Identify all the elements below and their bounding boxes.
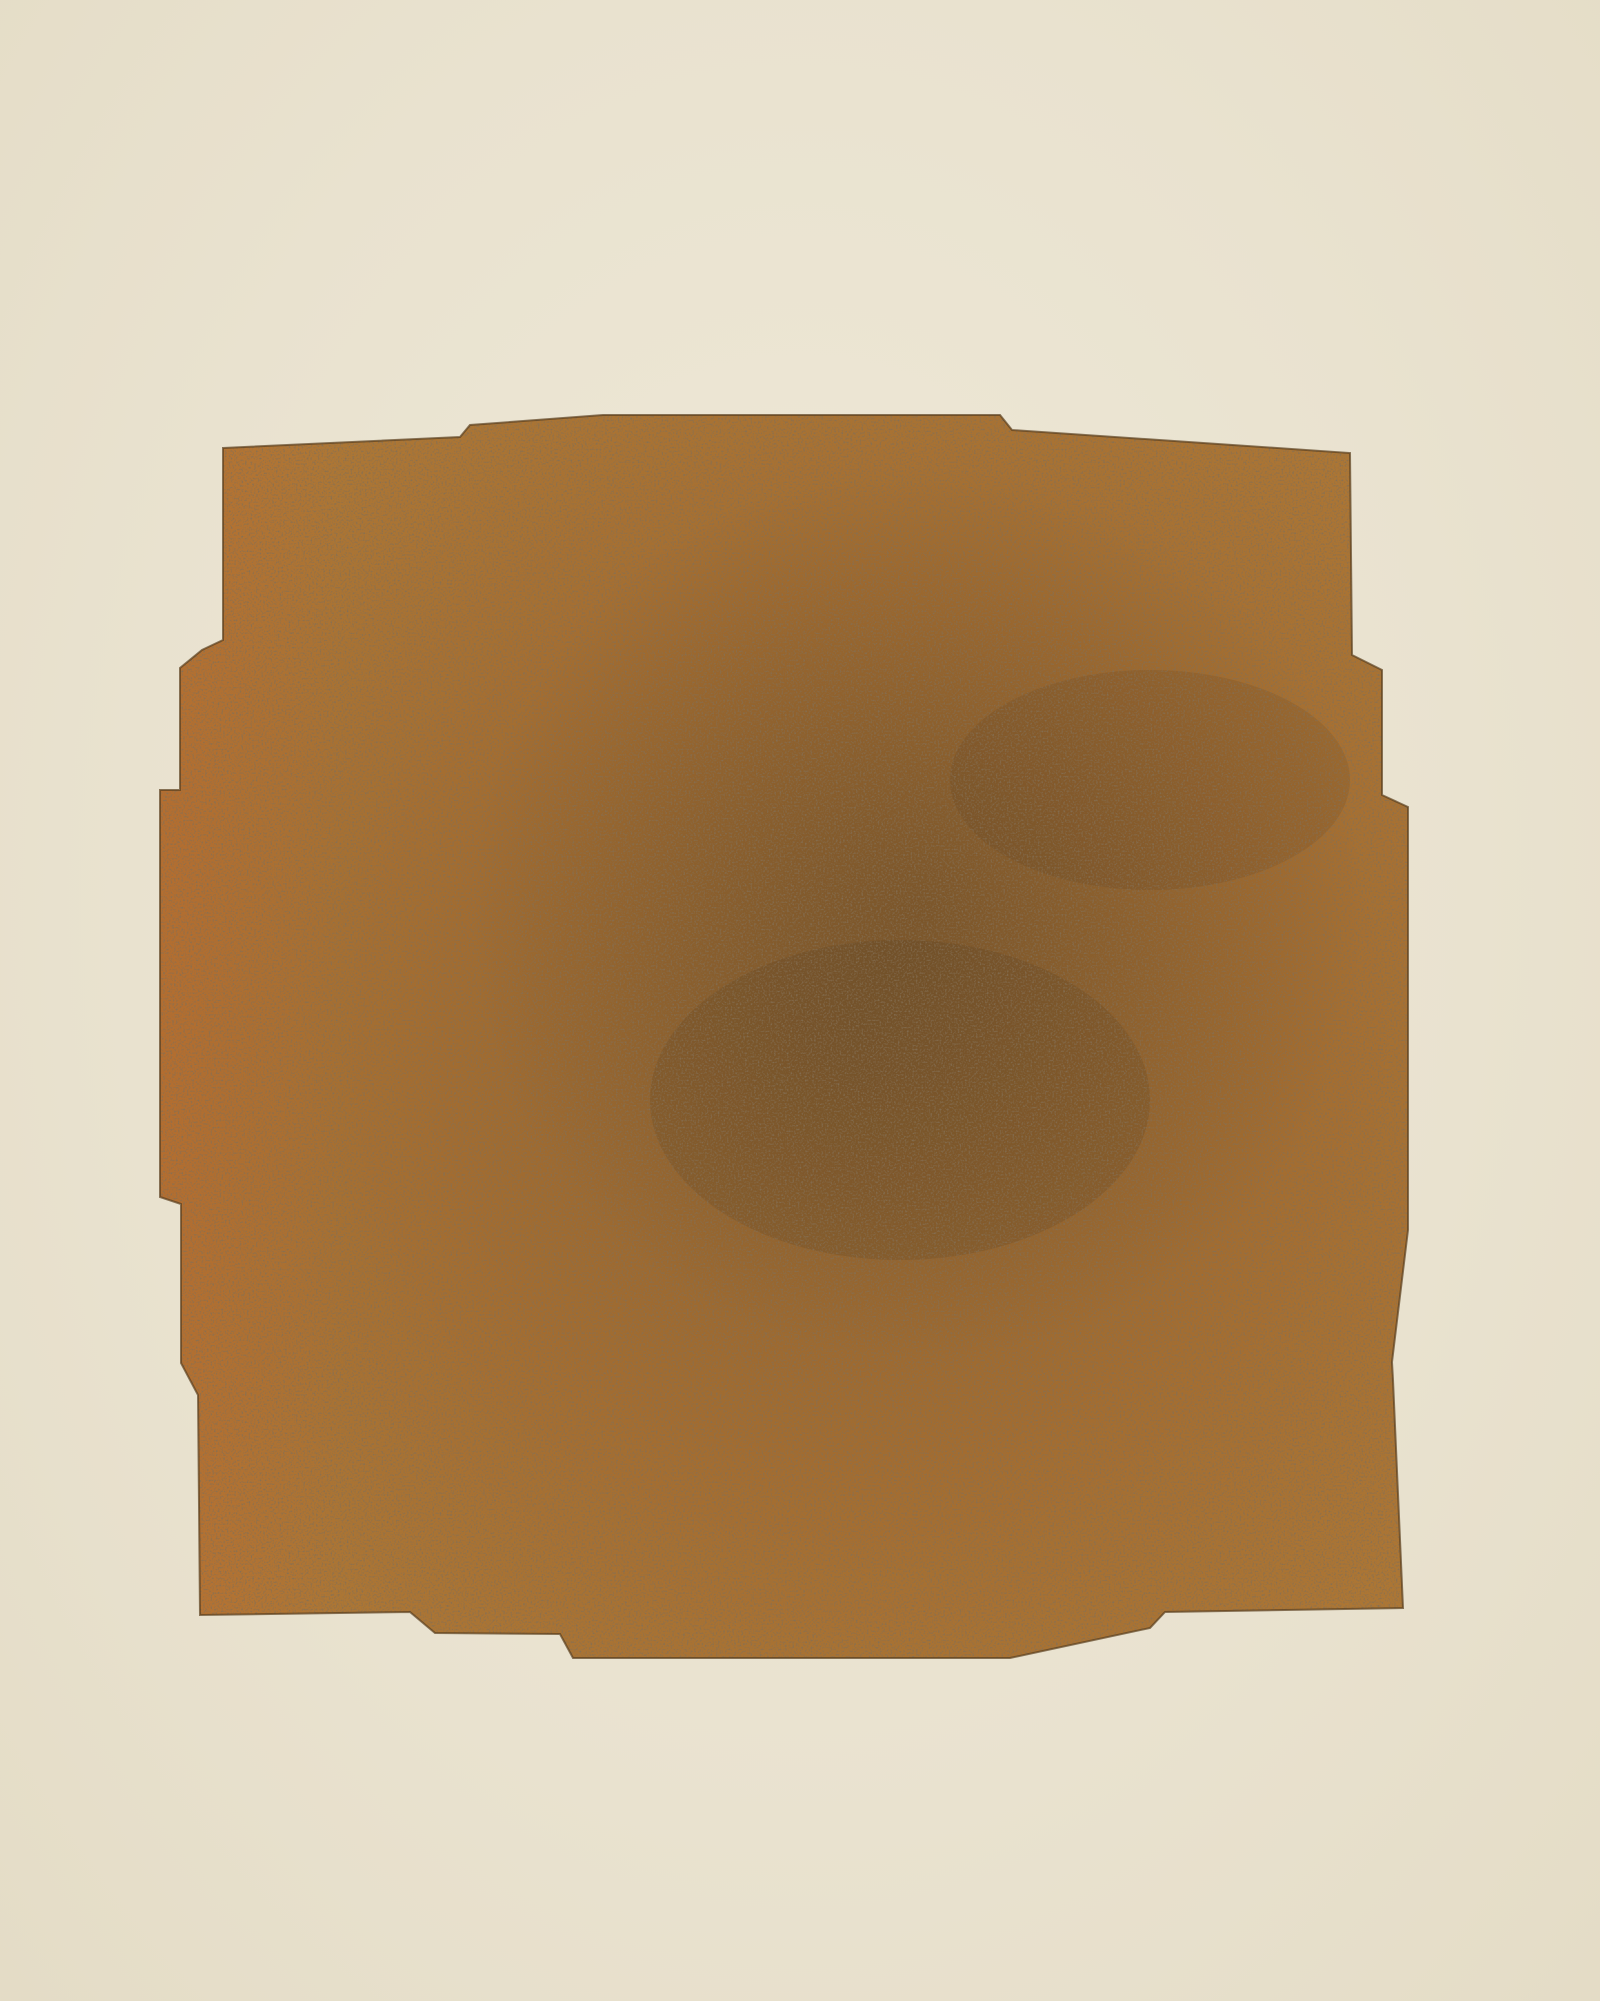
table-top-photo xyxy=(0,0,1600,2001)
bronze-surface xyxy=(150,400,1430,1680)
